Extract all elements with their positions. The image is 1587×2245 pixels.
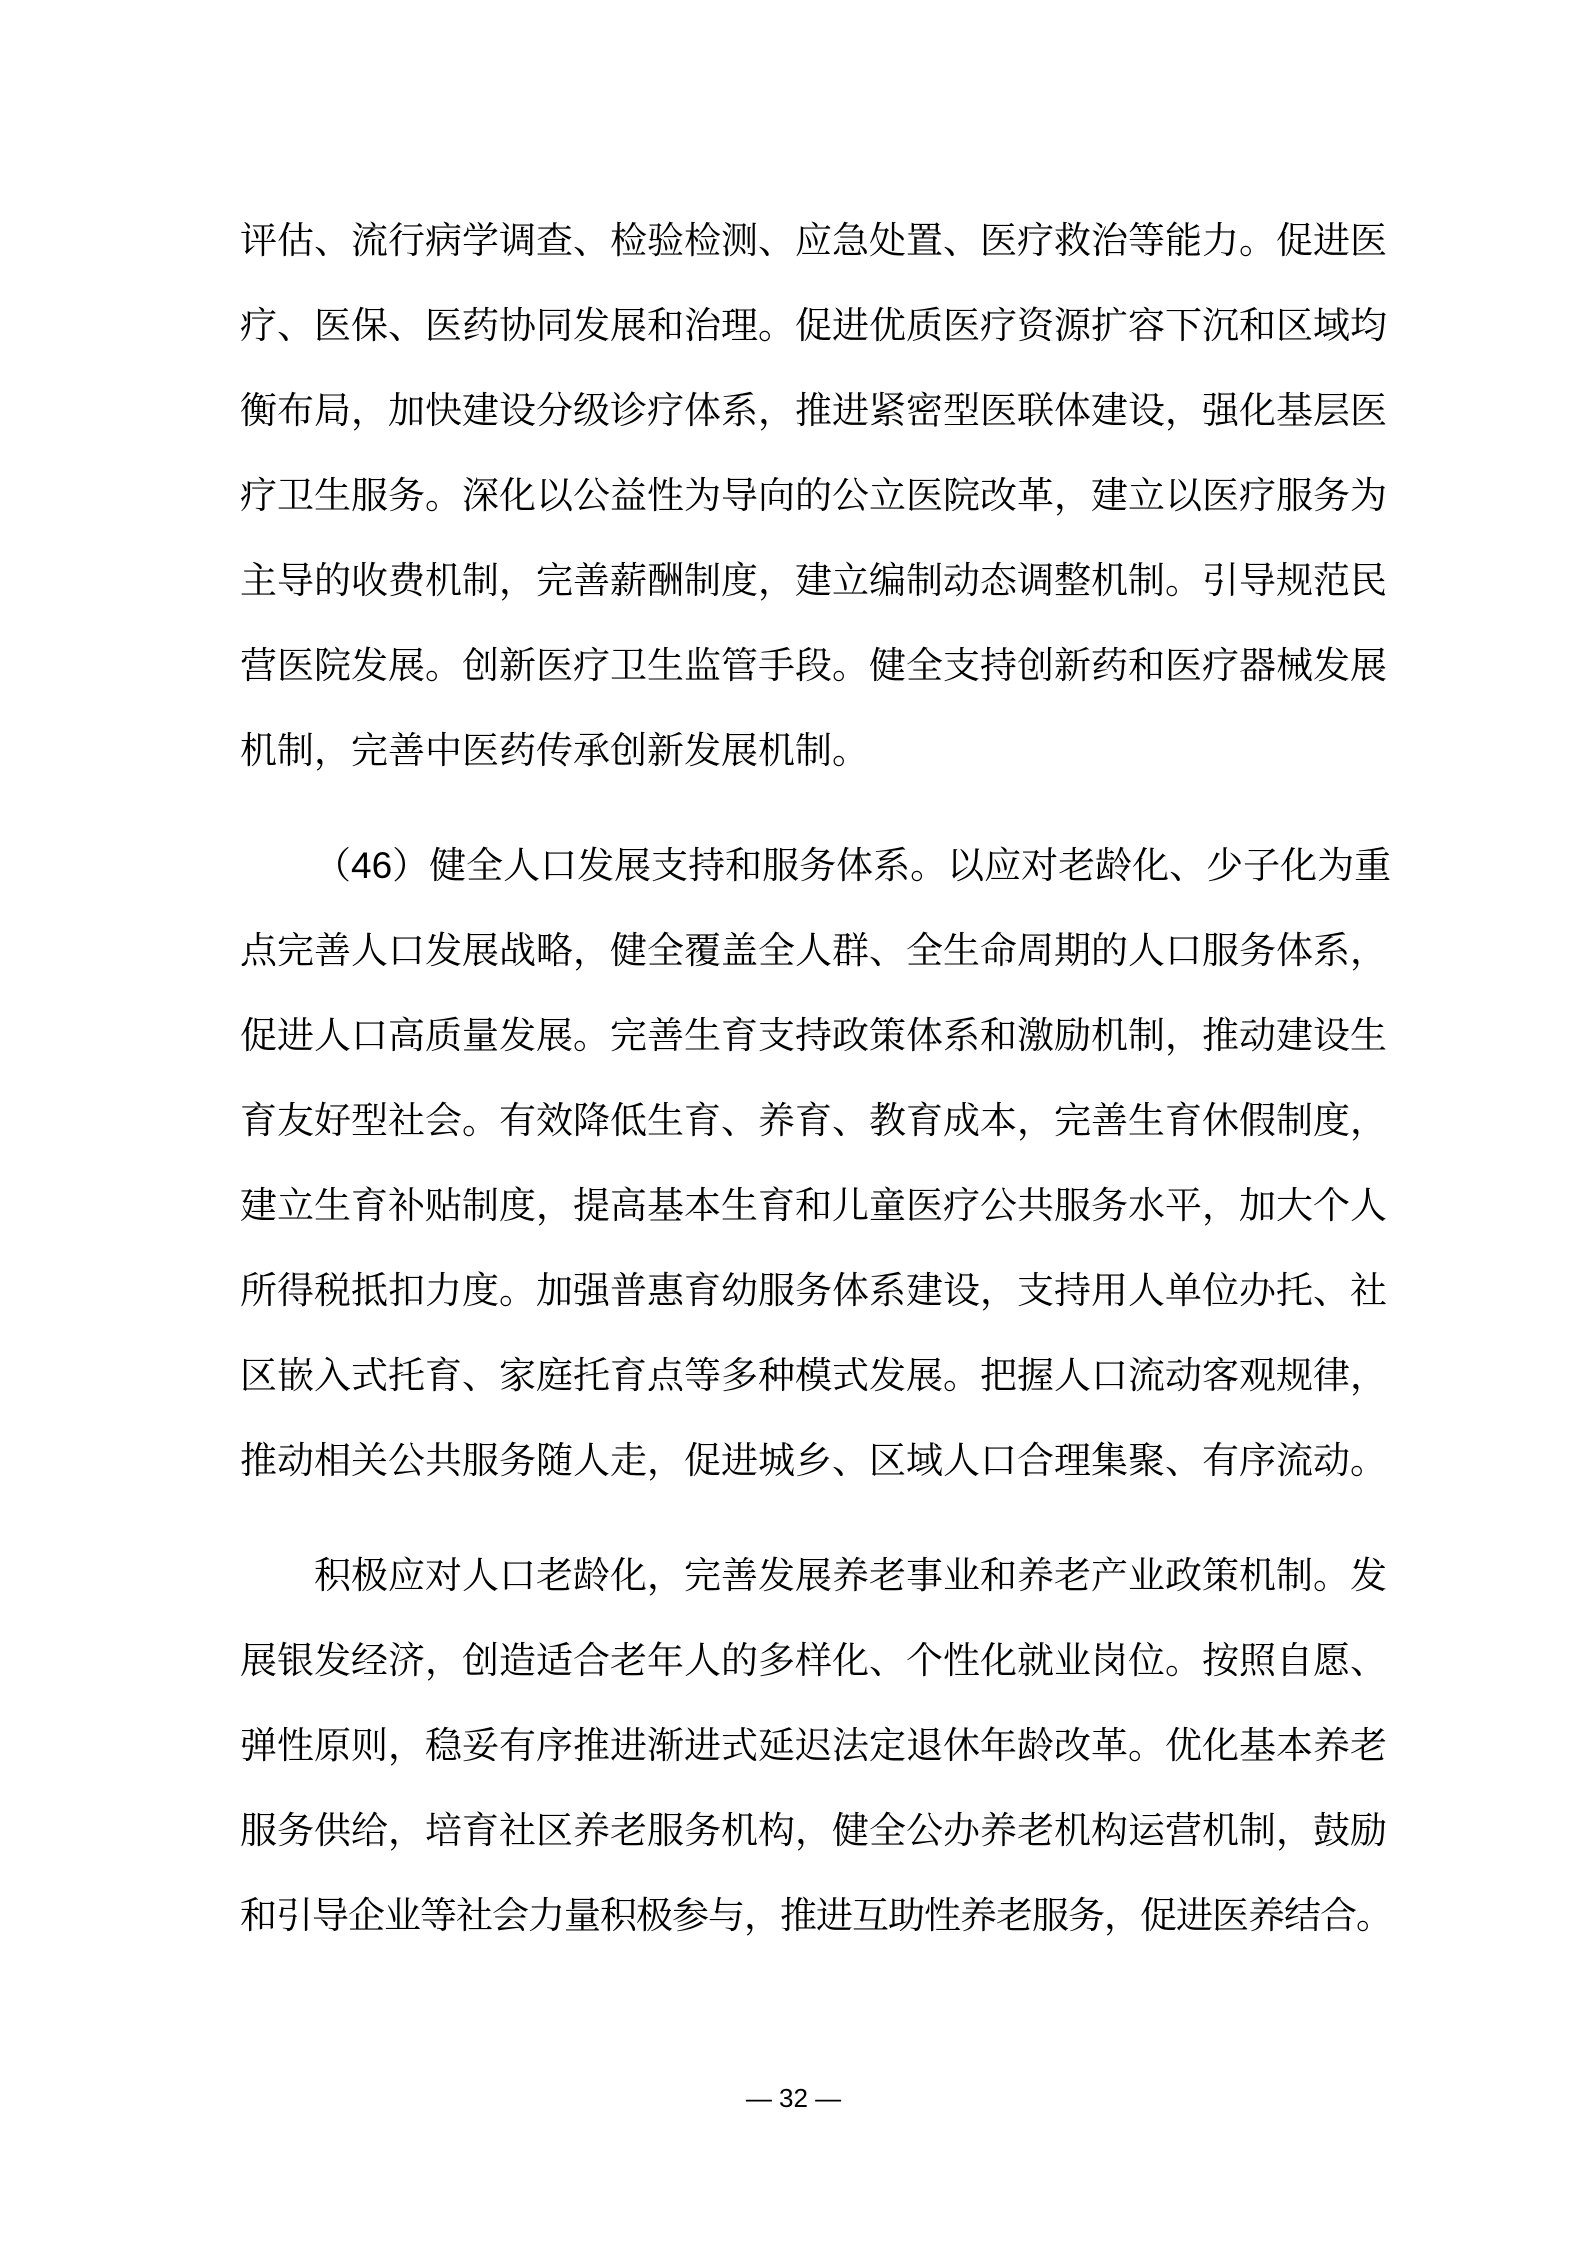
text-line: 推动相关公共服务随人走，促进城乡、区域人口合理集聚、有序流动。 (240, 1418, 1390, 1503)
paragraph: 评估、流行病学调查、检验检测、应急处置、医疗救治等能力。促进医 疗、医保、医药协… (240, 198, 1390, 793)
text-line: 积极应对人口老龄化，完善发展养老事业和养老产业政策机制。发 (240, 1533, 1390, 1618)
text-line: 疗卫生服务。深化以公益性为导向的公立医院改革，建立以医疗服务为 (240, 453, 1390, 538)
page-number: — 32 — (0, 2083, 1587, 2113)
text-line: 区嵌入式托育、家庭托育点等多种模式发展。把握人口流动客观规律， (240, 1333, 1390, 1418)
text-line: 营医院发展。创新医疗卫生监管手段。健全支持创新药和医疗器械发展 (240, 623, 1390, 708)
text-line: 机制，完善中医药传承创新发展机制。 (240, 708, 1390, 793)
text-line: 疗、医保、医药协同发展和治理。促进优质医疗资源扩容下沉和区域均 (240, 283, 1390, 368)
paragraph: （46）健全人口发展支持和服务体系。以应对老龄化、少子化为重 点完善人口发展战略… (240, 823, 1390, 1503)
text-line: 建立生育补贴制度，提高基本生育和儿童医疗公共服务水平，加大个人 (240, 1163, 1390, 1248)
text-line: 点完善人口发展战略，健全覆盖全人群、全生命周期的人口服务体系， (240, 908, 1390, 993)
text-line: （46）健全人口发展支持和服务体系。以应对老龄化、少子化为重 (240, 823, 1390, 908)
text-line: 促进人口高质量发展。完善生育支持政策体系和激励机制，推动建设生 (240, 993, 1390, 1078)
text-line: 评估、流行病学调查、检验检测、应急处置、医疗救治等能力。促进医 (240, 198, 1390, 283)
text-line: 服务供给，培育社区养老服务机构，健全公办养老机构运营机制，鼓励 (240, 1788, 1390, 1873)
text-line: 所得税抵扣力度。加强普惠育幼服务体系建设，支持用人单位办托、社 (240, 1248, 1390, 1333)
text-line: 和引导企业等社会力量积极参与，推进互助性养老服务，促进医养结合。 (240, 1873, 1390, 1958)
text-line: 衡布局，加快建设分级诊疗体系，推进紧密型医联体建设，强化基层医 (240, 368, 1390, 453)
document-body-text: 评估、流行病学调查、检验检测、应急处置、医疗救治等能力。促进医 疗、医保、医药协… (240, 198, 1390, 1958)
text-line: 育友好型社会。有效降低生育、养育、教育成本，完善生育休假制度， (240, 1078, 1390, 1163)
text-line: 展银发经济，创造适合老年人的多样化、个性化就业岗位。按照自愿、 (240, 1618, 1390, 1703)
text-line: 主导的收费机制，完善薪酬制度，建立编制动态调整机制。引导规范民 (240, 538, 1390, 623)
text-line: 弹性原则，稳妥有序推进渐进式延迟法定退休年龄改革。优化基本养老 (240, 1703, 1390, 1788)
document-page: 评估、流行病学调查、检验检测、应急处置、医疗救治等能力。促进医 疗、医保、医药协… (0, 0, 1587, 2245)
paragraph: 积极应对人口老龄化，完善发展养老事业和养老产业政策机制。发 展银发经济，创造适合… (240, 1533, 1390, 1958)
